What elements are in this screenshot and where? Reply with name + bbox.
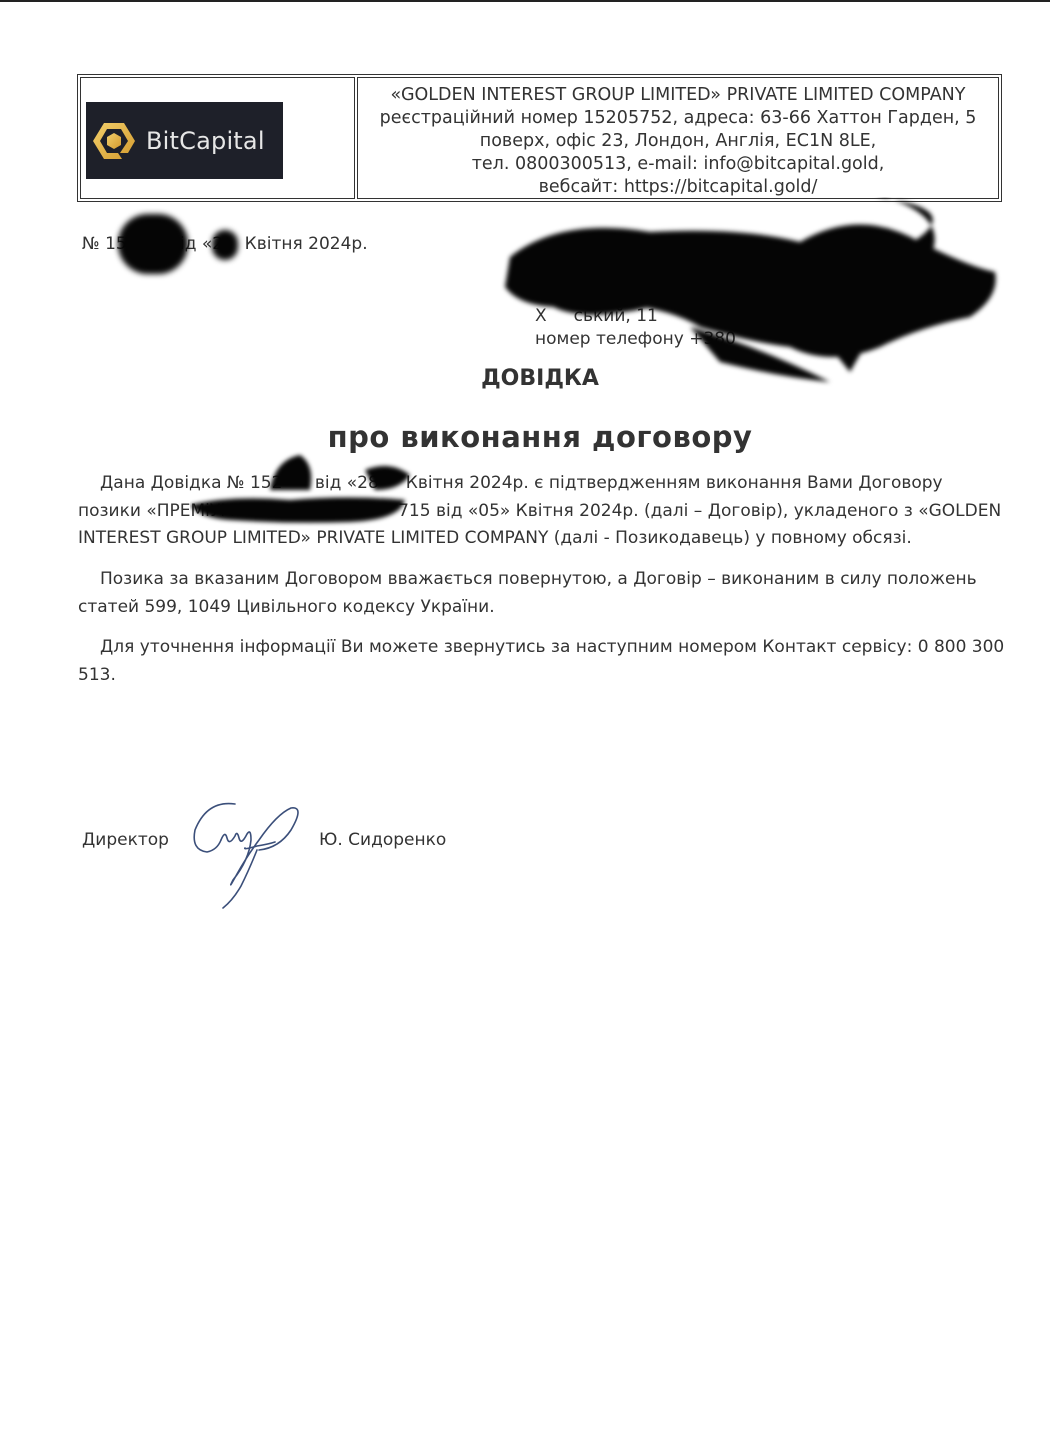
document-title: ДОВІДКА — [0, 366, 1050, 391]
company-website: вебсайт: https://bitcapital.gold/ — [358, 176, 998, 199]
signatory-name: Ю. Сидоренко — [319, 830, 446, 850]
handwritten-signature — [187, 800, 307, 910]
company-name: «GOLDEN INTEREST GROUP LIMITED» PRIVATE … — [358, 84, 998, 107]
logo-cell: BitCapital — [80, 77, 355, 199]
letterhead-table: BitCapital «GOLDEN INTEREST GROUP LIMITE… — [77, 74, 1002, 202]
logo-text: BitCapital — [146, 127, 265, 155]
paragraph-text: Для уточнення інформації Ви можете зверн… — [78, 634, 1008, 689]
bitcapital-logo: BitCapital — [86, 102, 283, 179]
redaction-scribble — [190, 450, 420, 530]
paragraph-contact: Для уточнення інформації Ви можете зверн… — [78, 634, 1008, 689]
signatory-title: Директор — [82, 830, 169, 850]
paragraph-text: Позика за вказаним Договором вважається … — [78, 566, 1008, 621]
company-registration: реєстраційний номер 15205752, адреса: 63… — [358, 107, 998, 130]
redaction-mark — [118, 214, 188, 274]
company-contacts: тел. 0800300513, e-mail: info@bitcapital… — [358, 153, 998, 176]
document-subtitle: про виконання договору — [0, 420, 1050, 454]
bitcapital-hexagon-logo-icon — [90, 117, 138, 165]
company-address: поверх, офіс 23, Лондон, Англія, EC1N 8L… — [358, 130, 998, 153]
paragraph-loan-repaid: Позика за вказаним Договором вважається … — [78, 566, 1008, 621]
redaction-mark — [212, 230, 238, 260]
redaction-scribble — [500, 197, 1010, 387]
company-details: «GOLDEN INTEREST GROUP LIMITED» PRIVATE … — [357, 77, 999, 199]
